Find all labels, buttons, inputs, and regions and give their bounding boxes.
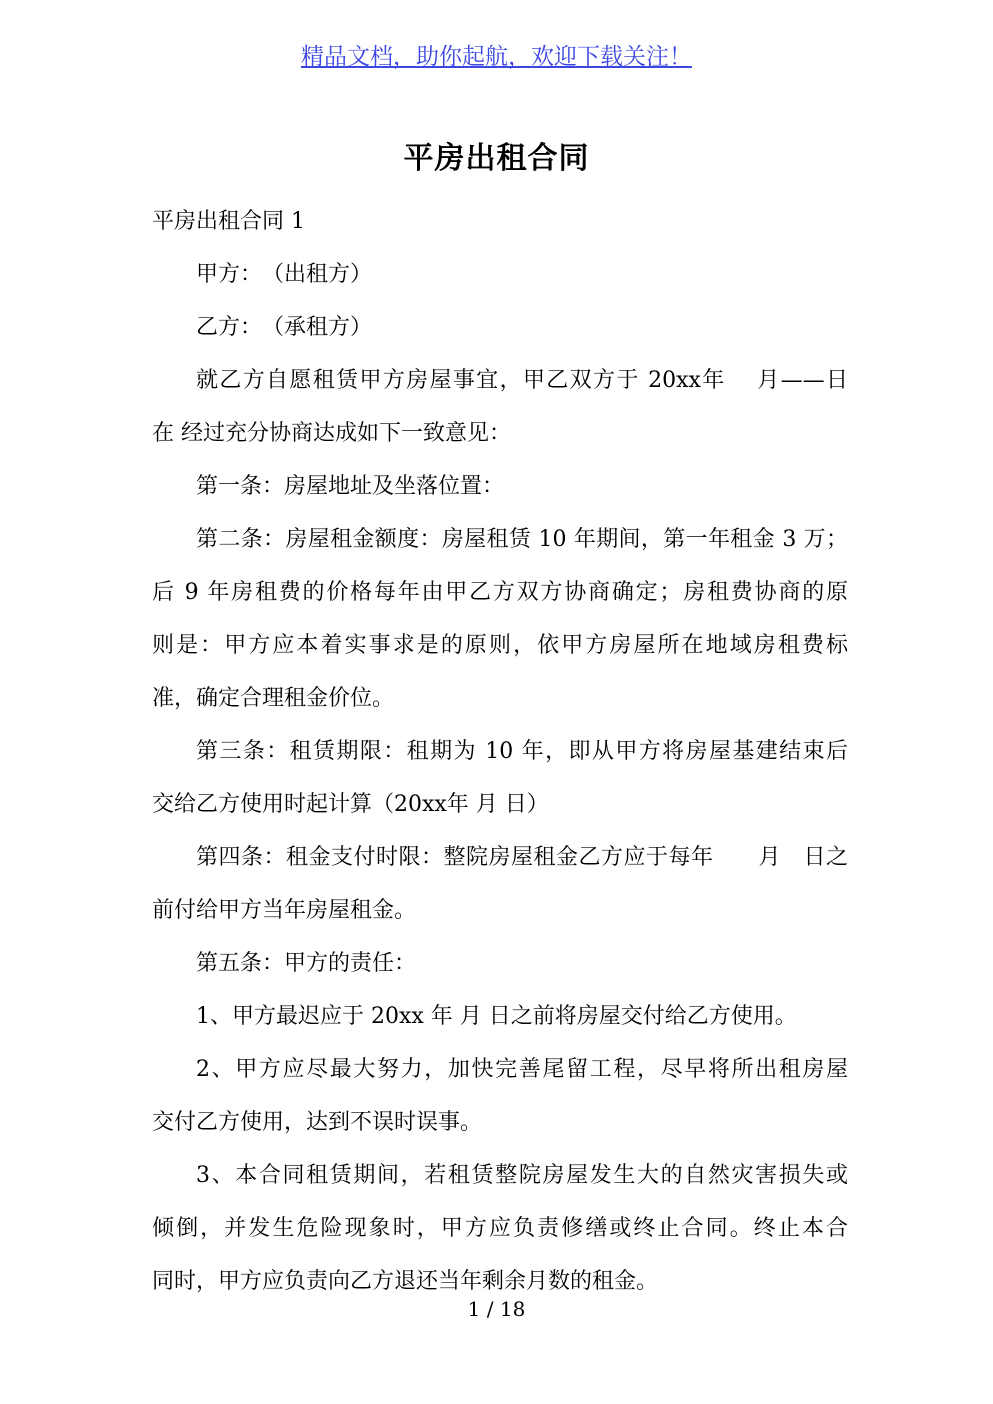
- text-line: 就乙方自愿租赁甲方房屋事宜，甲乙双方于 20xx年 月——日: [152, 354, 848, 407]
- text-line: 交给乙方使用时起计算（20xx年 月 日）: [152, 778, 848, 831]
- page-title: 平房出租合同: [0, 138, 993, 180]
- text-line: 第一条：房屋地址及坐落位置：: [152, 460, 848, 513]
- text-line: 1、甲方最迟应于 20xx 年 月 日之前将房屋交付给乙方使用。: [152, 990, 848, 1043]
- text-line: 第三条：租赁期限：租期为 10 年，即从甲方将房屋基建结束后: [152, 725, 848, 778]
- text-line: 第二条：房屋租金额度：房屋租赁 10 年期间，第一年租金 3 万；: [152, 513, 848, 566]
- text-line: 乙方： （承租方）: [152, 301, 848, 354]
- text-line: 倾倒，并发生危险现象时，甲方应负责修缮或终止合同。终止本合: [152, 1202, 848, 1255]
- text-line: 第四条：租金支付时限：整院房屋租金乙方应于每年 月 日之: [152, 831, 848, 884]
- page-number: 1 / 18: [0, 1294, 993, 1324]
- text-line: 则是：甲方应本着实事求是的原则，依甲方房屋所在地域房租费标: [152, 619, 848, 672]
- text-line: 第五条：甲方的责任：: [152, 937, 848, 990]
- document-page: 精品文档，助你起航，欢迎下载关注！ 平房出租合同 平房出租合同 1甲方： （出租…: [0, 0, 993, 1404]
- promo-link[interactable]: 精品文档，助你起航，欢迎下载关注！: [0, 42, 993, 72]
- text-line: 2、甲方应尽最大努力，加快完善尾留工程，尽早将所出租房屋: [152, 1043, 848, 1096]
- text-line: 平房出租合同 1: [152, 195, 848, 248]
- text-line: 3、本合同租赁期间，若租赁整院房屋发生大的自然灾害损失或: [152, 1149, 848, 1202]
- text-line: 前付给甲方当年房屋租金。: [152, 884, 848, 937]
- text-line: 交付乙方使用，达到不误时误事。: [152, 1096, 848, 1149]
- text-line: 后 9 年房租费的价格每年由甲乙方双方协商确定；房租费协商的原: [152, 566, 848, 619]
- text-line: 在 经过充分协商达成如下一致意见：: [152, 407, 848, 460]
- text-line: 准，确定合理租金价位。: [152, 672, 848, 725]
- document-body: 平房出租合同 1甲方： （出租方）乙方： （承租方）就乙方自愿租赁甲方房屋事宜，…: [152, 195, 848, 1308]
- text-line: 甲方： （出租方）: [152, 248, 848, 301]
